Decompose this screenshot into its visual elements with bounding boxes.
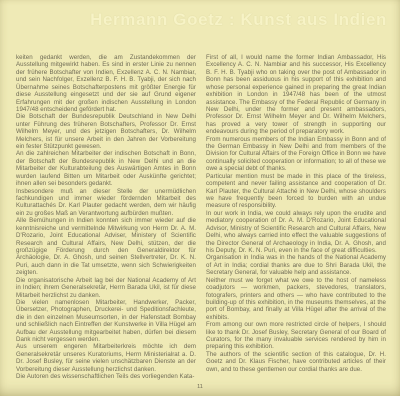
paragraph: Particular mention must be made in this … bbox=[206, 173, 386, 210]
paragraph: Die Autoren des wissenschaftlichen Teils… bbox=[16, 373, 196, 380]
paragraph: Neither must we forget what we owe to th… bbox=[206, 277, 386, 322]
paragraph: From numerous members of the Indian Emba… bbox=[206, 136, 386, 173]
paragraph: First of all, I would name the former In… bbox=[206, 54, 386, 136]
paragraph: From among our own more restricted circl… bbox=[206, 321, 386, 351]
paragraph: Aus unserem engeren Mitarbeiterkreis möc… bbox=[16, 343, 196, 373]
paragraph: Die organisatorische Arbeit lag bei der … bbox=[16, 277, 196, 299]
page-number: 11 bbox=[0, 384, 400, 390]
paragraph: An die zahlreichen Mitarbeiter der indis… bbox=[16, 150, 196, 187]
paragraph: Die Botschaft der Bundesrepublik Deutsch… bbox=[16, 113, 196, 150]
paragraph: Alle Bemühungen in Indien konnten sich i… bbox=[16, 217, 196, 276]
paragraph: Insbesondere muß an dieser Stelle der un… bbox=[16, 188, 196, 218]
left-column-german: keiten gedankt werden, die am Zustandeko… bbox=[16, 54, 196, 380]
right-column-english: First of all, I would name the former In… bbox=[206, 54, 386, 380]
paragraph: The authors of the scientific section of… bbox=[206, 351, 386, 373]
paragraph: Die vielen namenlosen Mitarbeiter, Handw… bbox=[16, 299, 196, 344]
running-title: Hermann Goetz : Kunst aus Indien bbox=[90, 10, 387, 30]
paragraph: In our work in India, we could always re… bbox=[206, 210, 386, 255]
text-columns: keiten gedankt werden, die am Zustandeko… bbox=[16, 54, 386, 380]
catalog-page: Hermann Goetz : Kunst aus Indien keiten … bbox=[0, 0, 400, 396]
paragraph: keiten gedankt werden, die am Zustandeko… bbox=[16, 54, 196, 113]
paragraph: Organisation in India was in the hands o… bbox=[206, 254, 386, 276]
